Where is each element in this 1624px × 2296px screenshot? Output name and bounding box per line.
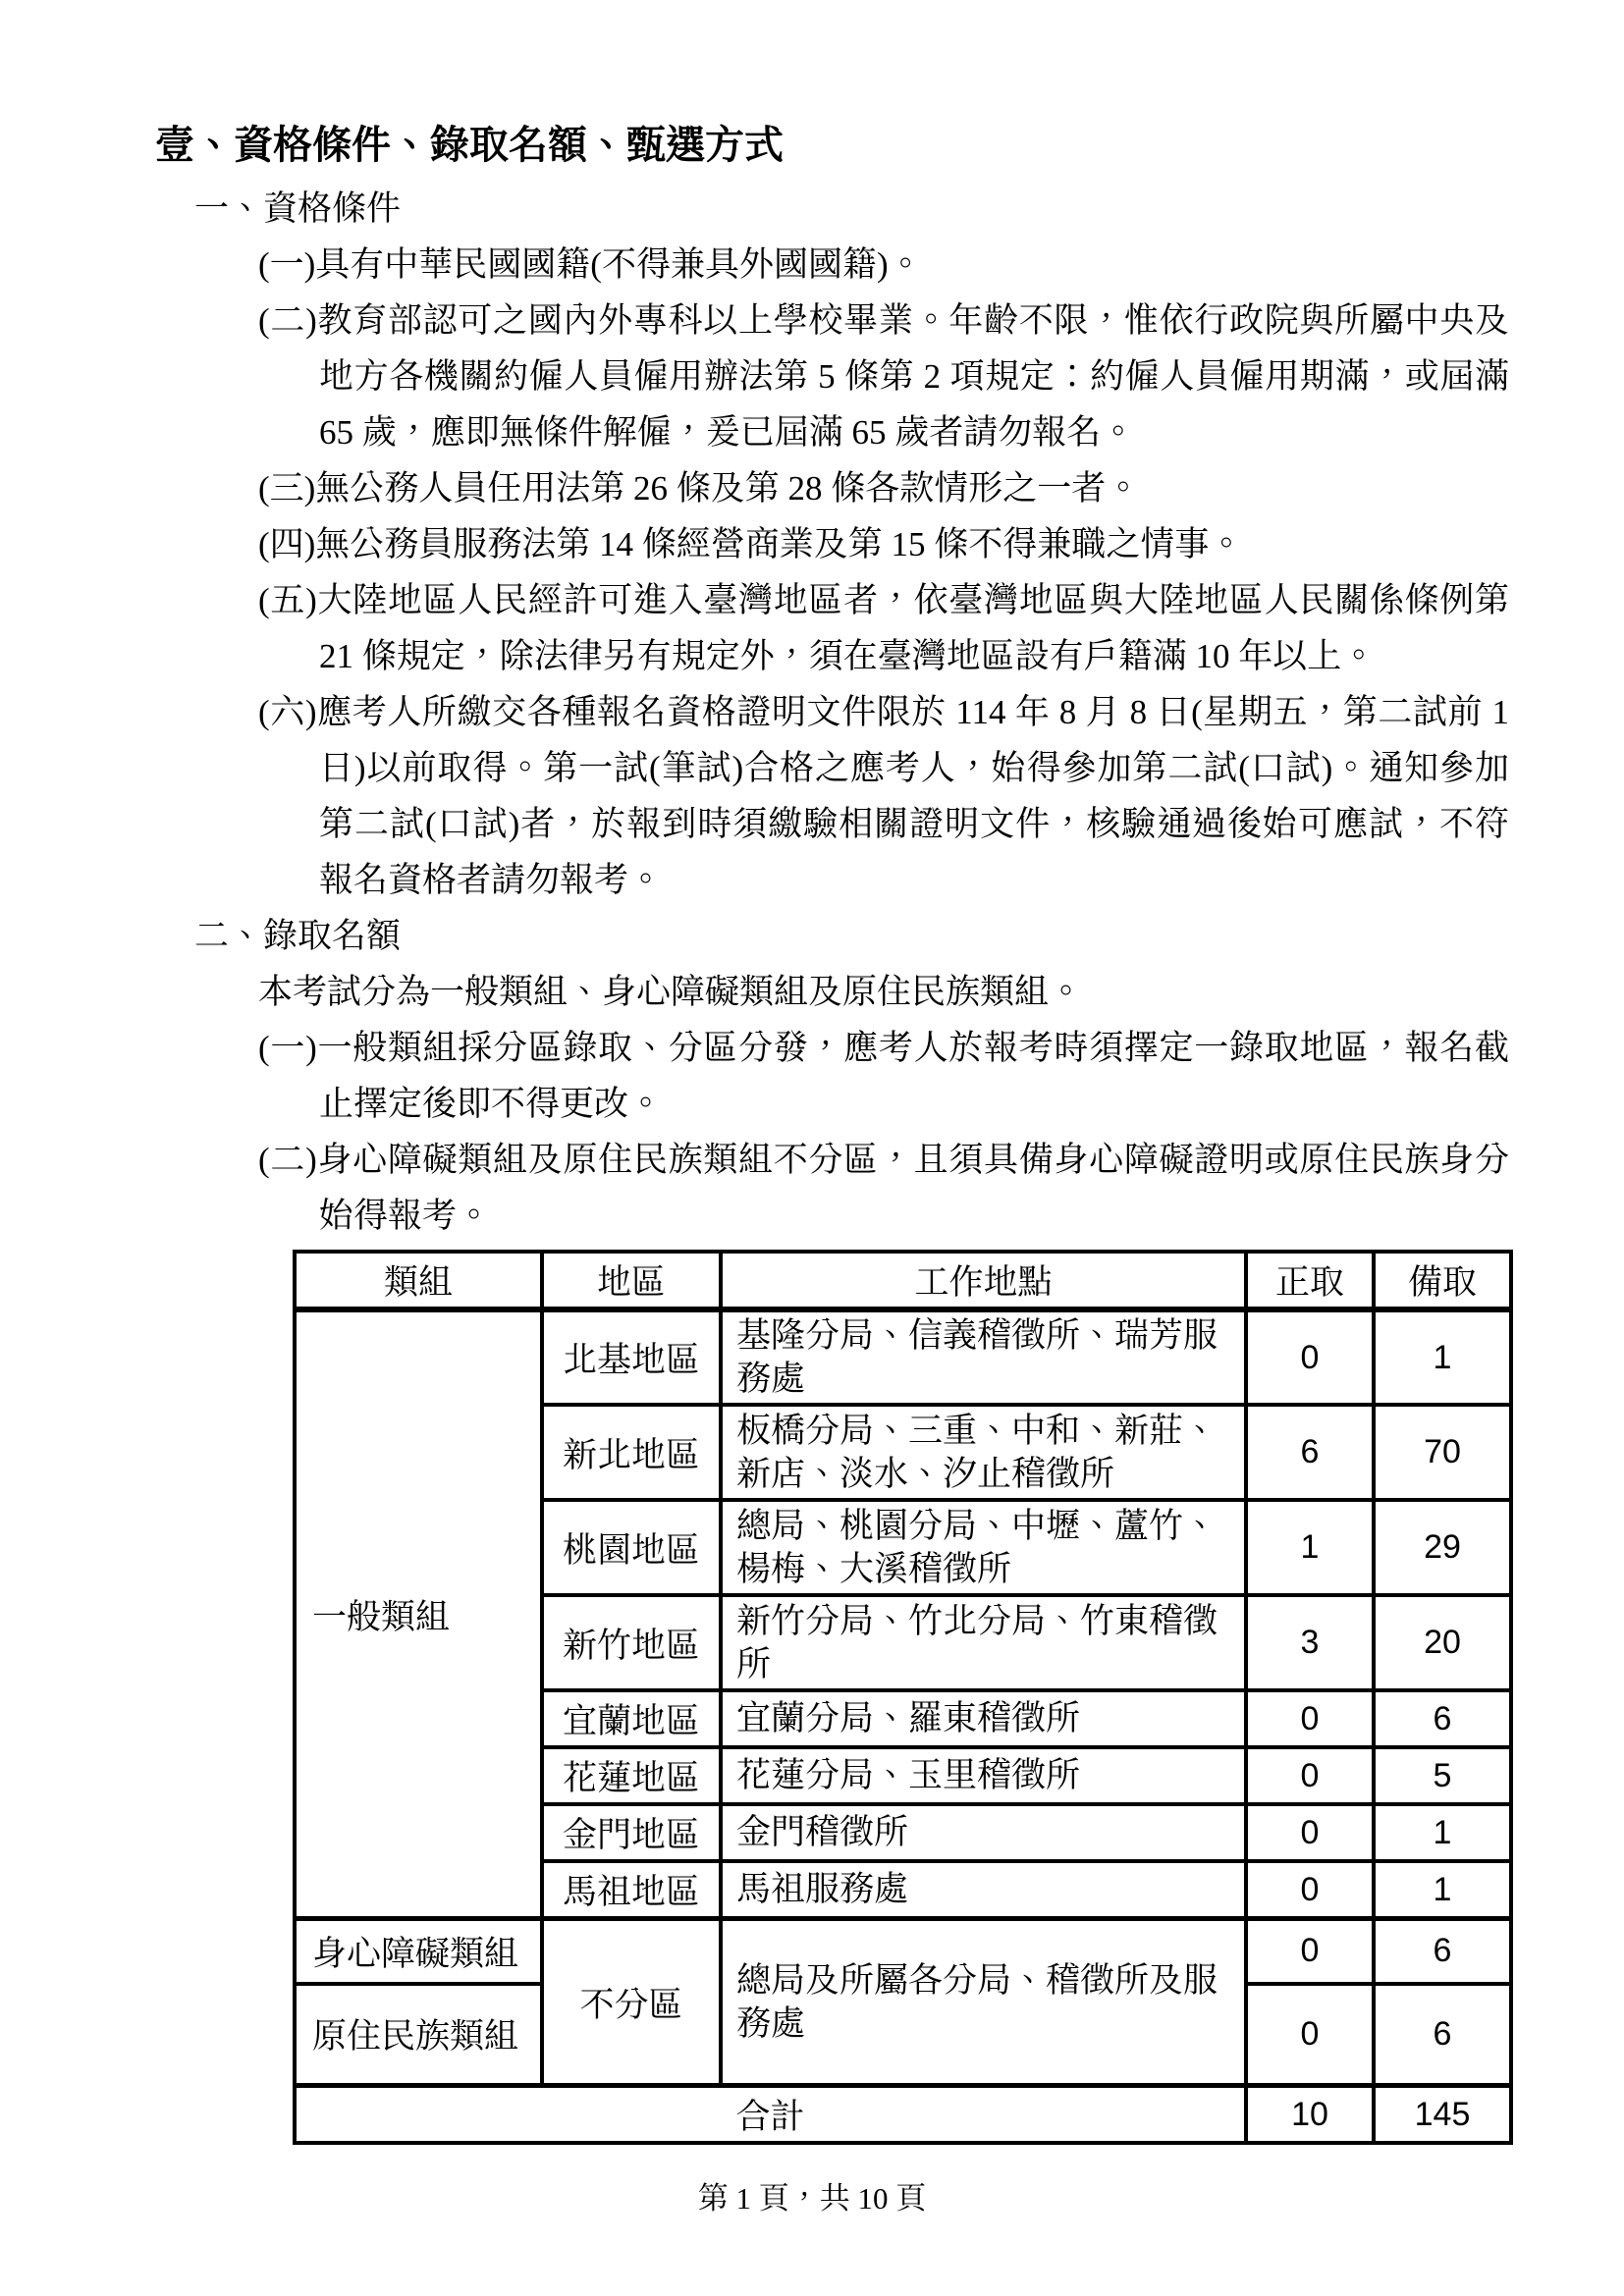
principal-cell: 6 <box>1246 1405 1374 1500</box>
header-alternate: 備取 <box>1374 1252 1511 1309</box>
locations-cell: 新竹分局、竹北分局、竹東稽徵所 <box>721 1595 1246 1690</box>
principal-cell: 3 <box>1246 1595 1374 1690</box>
region-cell: 新竹地區 <box>542 1595 721 1690</box>
locations-cell: 馬祖服務處 <box>721 1861 1246 1919</box>
locations-cell: 板橋分局、三重、中和、新莊、新店、淡水、汐止稽徵所 <box>721 1405 1246 1500</box>
alternate-cell: 20 <box>1374 1595 1511 1690</box>
region-unzoned-cell: 不分區 <box>542 1919 721 2086</box>
page-number-footer: 第 1 頁，共 10 頁 <box>0 2181 1624 2216</box>
total-label-cell: 合計 <box>295 2086 1246 2144</box>
section-2-item-2: (二)身心障礙類組及原住民族類組不分區，且須具備身心障礙證明或原住民族身分始得報… <box>258 1132 1509 1244</box>
alternate-cell: 6 <box>1374 1919 1511 1984</box>
header-group: 類組 <box>295 1252 542 1309</box>
table-row: 身心障礙類組 不分區 總局及所屬各分局、稽徵所及服務處 0 6 <box>295 1919 1511 1984</box>
alternate-cell: 1 <box>1374 1804 1511 1861</box>
total-row: 合計 10 145 <box>295 2086 1511 2144</box>
principal-cell: 0 <box>1246 1861 1374 1919</box>
section-1-heading: 一、資格條件 <box>194 181 1509 237</box>
total-principal-cell: 10 <box>1246 2086 1374 2144</box>
quota-table: 類組 地區 工作地點 正取 備取 一般類組 北基地區 基隆分局、信義稽徵所、瑞芳… <box>293 1250 1513 2145</box>
document-page: 壹、資格條件、錄取名額、甄選方式 一、資格條件 (一)具有中華民國國籍(不得兼具… <box>0 0 1624 2296</box>
locations-special-cell: 總局及所屬各分局、稽徵所及服務處 <box>721 1919 1246 2086</box>
principal-cell: 0 <box>1246 1804 1374 1861</box>
section-1-item-5: (五)大陸地區人民經許可進入臺灣地區者，依臺灣地區與大陸地區人民關係條例第 21… <box>258 572 1509 684</box>
region-cell: 新北地區 <box>542 1405 721 1500</box>
section-1-item-1: (一)具有中華民國國籍(不得兼具外國國籍)。 <box>258 237 1509 293</box>
principal-cell: 1 <box>1246 1500 1374 1595</box>
locations-cell: 花蓮分局、玉里稽徵所 <box>721 1747 1246 1804</box>
principal-cell: 0 <box>1246 1309 1374 1405</box>
header-region: 地區 <box>542 1252 721 1309</box>
section-2-item-1: (一)一般類組採分區錄取、分區分發，應考人於報考時須擇定一錄取地區，報名截止擇定… <box>258 1020 1509 1132</box>
section-2-heading: 二、錄取名額 <box>194 908 1509 964</box>
section-1-item-2: (二)教育部認可之國內外專科以上學校畢業。年齡不限，惟依行政院與所屬中央及地方各… <box>258 293 1509 460</box>
alternate-cell: 1 <box>1374 1861 1511 1919</box>
group-indigenous-cell: 原住民族類組 <box>295 1984 542 2086</box>
alternate-cell: 70 <box>1374 1405 1511 1500</box>
header-principal: 正取 <box>1246 1252 1374 1309</box>
quota-table-header-row: 類組 地區 工作地點 正取 備取 <box>295 1252 1511 1309</box>
principal-cell: 0 <box>1246 1919 1374 1984</box>
region-cell: 金門地區 <box>542 1804 721 1861</box>
principal-cell: 0 <box>1246 1690 1374 1747</box>
group-disability-cell: 身心障礙類組 <box>295 1919 542 1984</box>
region-cell: 北基地區 <box>542 1309 721 1405</box>
alternate-cell: 6 <box>1374 1984 1511 2086</box>
locations-cell: 金門稽徵所 <box>721 1804 1246 1861</box>
region-cell: 花蓮地區 <box>542 1747 721 1804</box>
section-1-item-6: (六)應考人所繳交各種報名資格證明文件限於 114 年 8 月 8 日(星期五，… <box>258 684 1509 908</box>
header-locations: 工作地點 <box>721 1252 1246 1309</box>
alternate-cell: 6 <box>1374 1690 1511 1747</box>
section-2-intro: 本考試分為一般類組、身心障礙類組及原住民族類組。 <box>258 964 1509 1020</box>
document-title: 壹、資格條件、錄取名額、甄選方式 <box>155 117 1509 173</box>
alternate-cell: 5 <box>1374 1747 1511 1804</box>
locations-cell: 宜蘭分局、羅東稽徵所 <box>721 1690 1246 1747</box>
section-1-item-3: (三)無公務人員任用法第 26 條及第 28 條各款情形之一者。 <box>258 460 1509 516</box>
group-general-cell: 一般類組 <box>295 1309 542 1919</box>
principal-cell: 0 <box>1246 1747 1374 1804</box>
region-cell: 宜蘭地區 <box>542 1690 721 1747</box>
total-alternate-cell: 145 <box>1374 2086 1511 2144</box>
locations-cell: 總局、桃園分局、中壢、蘆竹、楊梅、大溪稽徵所 <box>721 1500 1246 1595</box>
table-row: 一般類組 北基地區 基隆分局、信義稽徵所、瑞芳服務處 0 1 <box>295 1309 1511 1405</box>
alternate-cell: 1 <box>1374 1309 1511 1405</box>
region-cell: 馬祖地區 <box>542 1861 721 1919</box>
alternate-cell: 29 <box>1374 1500 1511 1595</box>
region-cell: 桃園地區 <box>542 1500 721 1595</box>
section-1-item-4: (四)無公務員服務法第 14 條經營商業及第 15 條不得兼職之情事。 <box>258 516 1509 572</box>
principal-cell: 0 <box>1246 1984 1374 2086</box>
locations-cell: 基隆分局、信義稽徵所、瑞芳服務處 <box>721 1309 1246 1405</box>
document-content: 壹、資格條件、錄取名額、甄選方式 一、資格條件 (一)具有中華民國國籍(不得兼具… <box>155 117 1509 2145</box>
